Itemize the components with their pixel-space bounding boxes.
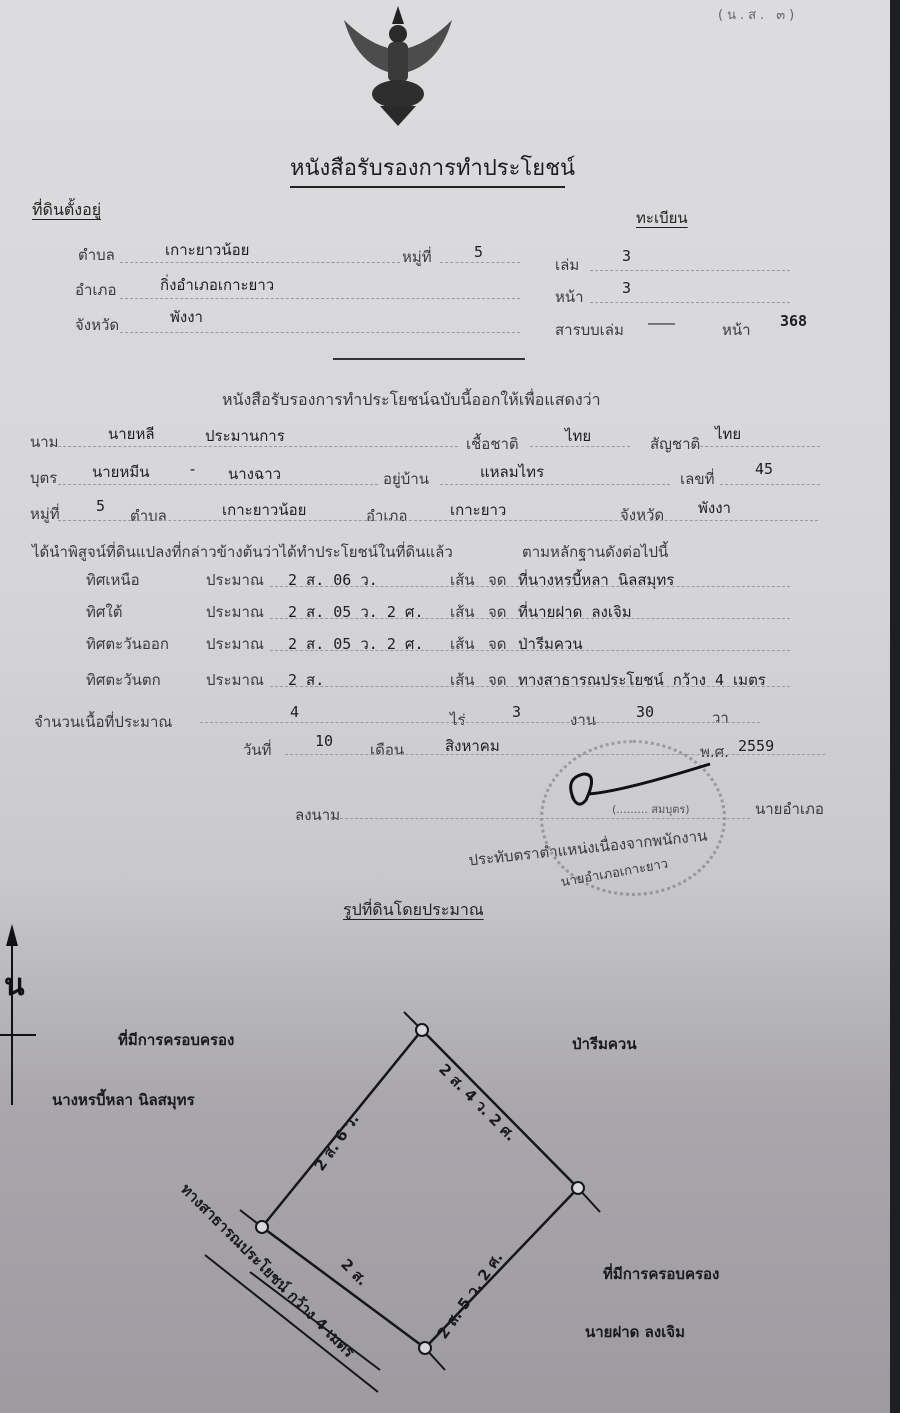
survey-page-label: หน้า xyxy=(722,318,751,342)
wa-label: วา xyxy=(712,706,729,730)
land-location-heading: ที่ดินตั้งอยู่ xyxy=(32,198,101,223)
parents-separator: - xyxy=(188,460,197,478)
race-line xyxy=(530,446,630,447)
boundary-adjacent-label: จด xyxy=(488,668,507,692)
boundary-unit-label: เส้น xyxy=(450,600,475,624)
village-label: อยู่บ้าน xyxy=(383,467,429,491)
nationality-line xyxy=(690,446,820,447)
boundary-length: 2 ส. 06 ว. xyxy=(288,568,378,592)
land-sketch-diagram: 2 ส. 6 ว.2 ส. 4 ว. 2 ศ.2 ส. 5 ว. 2 ศ.2 ส… xyxy=(0,900,900,1413)
boundary-unit-label: เส้น xyxy=(450,568,475,592)
signer-title: นายอำเภอ xyxy=(755,797,824,821)
boundary-neighbor: ที่นายฝาด ลงเจิม xyxy=(518,600,632,624)
registration-heading: ทะเบียน xyxy=(636,206,688,230)
page-value: 3 xyxy=(622,279,631,297)
cert-amphoe-value: เกาะยาว xyxy=(450,498,506,522)
boundary-approx-label: ประมาณ xyxy=(206,600,264,624)
cert-tambon-value: เกาะยาวน้อย xyxy=(222,498,306,522)
boundary-length: 2 ส. 05 ว. 2 ศ. xyxy=(288,632,423,656)
first-name: นายหลี xyxy=(108,422,155,446)
document-title: หนังสือรับรองการทำประโยชน์ xyxy=(290,150,575,185)
date-day: 10 xyxy=(315,732,333,750)
race-label: เชื้อชาติ xyxy=(466,432,519,456)
tambon-label: ตำบล xyxy=(78,243,115,267)
survey-book-label: สารบบเล่ม xyxy=(555,318,624,342)
boundary-direction: ทิศตะวันตก xyxy=(86,668,161,692)
form-code: (น.ส. ๓) xyxy=(718,4,798,25)
name-label: นาม xyxy=(30,430,59,454)
boundary-adjacent-label: จด xyxy=(488,632,507,656)
area-ngan: 3 xyxy=(512,703,521,721)
boundary-unit-label: เส้น xyxy=(450,668,475,692)
cert-province-value: พังงา xyxy=(698,496,731,520)
parents-label: บุตร xyxy=(30,466,57,490)
amphoe-value: กิ่งอำเภอเกาะยาว xyxy=(160,273,274,297)
area-rai: 4 xyxy=(290,703,299,721)
ngan-label: งาน xyxy=(570,708,596,732)
moo-line xyxy=(440,262,520,263)
cert-moo-value: 5 xyxy=(96,497,105,515)
rai-label: ไร่ xyxy=(450,708,466,732)
boundary-length: 2 ส. 05 ว. 2 ศ. xyxy=(288,600,423,624)
tambon-value: เกาะยาวน้อย xyxy=(165,238,249,262)
nationality-label: สัญชาติ xyxy=(650,432,700,456)
boundary-direction: ทิศเหนือ xyxy=(86,568,140,592)
page-line xyxy=(590,302,790,303)
title-underline xyxy=(290,186,565,188)
moo-label: หมู่ที่ xyxy=(402,245,432,269)
garuda-emblem-icon xyxy=(336,2,460,128)
side-nw-length: 2 ส. 6 ว. xyxy=(311,1110,363,1174)
area-label: จำนวนเนื้อที่ประมาณ xyxy=(34,710,172,734)
boundary-approx-label: ประมาณ xyxy=(206,568,264,592)
village-line xyxy=(440,484,670,485)
side-se-length: 2 ส. 5 ว. 2 ศ. xyxy=(434,1249,507,1343)
boundary-direction: ทิศตะวันออก xyxy=(86,632,169,656)
boundary-neighbor: ที่นางหรบี้หลา นิลสมุทร xyxy=(518,568,674,592)
certificate-statement: หนังสือรับรองการทำประโยชน์ฉบับนี้ออกให้เ… xyxy=(222,388,601,413)
section-divider xyxy=(333,358,525,360)
cert-moo-label: หมู่ที่ xyxy=(30,502,60,526)
name-line xyxy=(58,446,458,447)
area-wa: 30 xyxy=(636,703,654,721)
boundary-line xyxy=(270,650,790,651)
parents-line xyxy=(58,484,378,485)
side-ne-length: 2 ส. 4 ว. 2 ศ. xyxy=(435,1060,520,1145)
road-label: ทางสาธารณประโยชน์ กว้าง 4 เมตร xyxy=(177,1179,359,1361)
race-value: ไทย xyxy=(565,424,591,448)
sign-line xyxy=(340,818,750,819)
cert-address-line xyxy=(58,520,818,521)
boundary-neighbor: ทางสาธารณประโยชน์ กว้าง 4 เมตร xyxy=(518,668,766,692)
boundary-intro: ได้นำพิสูจน์ที่ดินแปลงที่กล่าวข้างต้นว่า… xyxy=(32,540,453,564)
boundary-line xyxy=(270,686,790,687)
boundary-adjacent-label: จด xyxy=(488,568,507,592)
moo-value: 5 xyxy=(474,243,483,261)
signer-name: (......... สมบุตร) xyxy=(612,800,690,818)
month-label: เดือน xyxy=(370,738,404,762)
father-name: นายหมีน xyxy=(92,460,150,484)
survey-book-value: ——— xyxy=(648,314,675,332)
side-sw-length: 2 ส. xyxy=(337,1255,371,1289)
area-line xyxy=(200,722,760,723)
boundary-neighbor: ป่ารีมควน xyxy=(518,632,583,656)
amphoe-line xyxy=(120,298,520,299)
mother-name: นางฉาว xyxy=(228,462,281,486)
boundary-approx-label: ประมาณ xyxy=(206,668,264,692)
survey-page-value: 368 xyxy=(780,312,807,330)
date-label: วันที่ xyxy=(243,738,272,762)
boundary-line xyxy=(270,618,790,619)
house-no-label: เลขที่ xyxy=(680,467,714,491)
province-label: จังหวัด xyxy=(75,313,119,337)
tambon-line xyxy=(120,262,400,263)
sign-label: ลงนาม xyxy=(295,803,340,827)
boundary-approx-label: ประมาณ xyxy=(206,632,264,656)
house-no-value: 45 xyxy=(755,460,773,478)
cert-amphoe-label: อำเภอ xyxy=(366,504,407,528)
volume-label: เล่ม xyxy=(555,253,579,277)
volume-line xyxy=(590,270,790,271)
province-value: พังงา xyxy=(170,305,203,329)
amphoe-label: อำเภอ xyxy=(75,278,116,302)
date-line xyxy=(285,754,825,755)
cert-tambon-label: ตำบล xyxy=(130,504,167,528)
boundary-length: 2 ส. xyxy=(288,668,324,692)
date-year: 2559 xyxy=(738,737,774,755)
province-line xyxy=(120,332,520,333)
cert-province-label: จังหวัด xyxy=(620,503,664,527)
volume-value: 3 xyxy=(622,247,631,265)
house-no-line xyxy=(720,484,820,485)
boundary-direction: ทิศใต้ xyxy=(86,600,122,624)
boundary-adjacent-label: จด xyxy=(488,600,507,624)
nationality-value: ไทย xyxy=(715,422,741,446)
last-name: ประมานการ xyxy=(205,424,285,448)
boundary-intro-2: ตามหลักฐานดังต่อไปนี้ xyxy=(522,540,668,564)
boundary-line xyxy=(270,586,790,587)
page-label: หน้า xyxy=(555,285,584,309)
boundary-unit-label: เส้น xyxy=(450,632,475,656)
village-value: แหลมไทร xyxy=(480,460,544,484)
